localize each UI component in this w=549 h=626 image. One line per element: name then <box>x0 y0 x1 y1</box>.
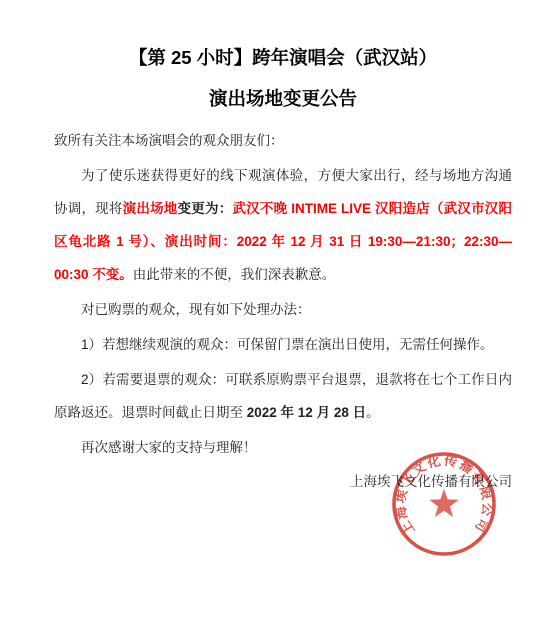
document-title: 【第 25 小时】跨年演唱会（武汉站） 演出场地变更公告 <box>54 37 512 119</box>
change-to-label: 变更为： <box>178 201 233 216</box>
venue-change-paragraph: 为了使乐迷获得更好的线下观演体验，方便大家出行，经与场地方沟通协调，现将演出场地… <box>54 159 512 291</box>
option-refund-paragraph: 2）若需要退票的观众：可联系原购票平台退票，退款将在七个工作日内原路返还。退票时… <box>54 363 512 429</box>
document-body: 致所有关注本场演唱会的观众朋友们： 为了使乐迷获得更好的线下观演体验，方便大家出… <box>54 124 512 464</box>
apology-text: 由此带来的不便，我们深表歉意。 <box>133 267 336 282</box>
notice-document: 【第 25 小时】跨年演唱会（武汉站） 演出场地变更公告 致所有关注本场演唱会的… <box>0 0 549 626</box>
title-line-1: 【第 25 小时】跨年演唱会（武汉站） <box>54 37 512 78</box>
title-line-2: 演出场地变更公告 <box>54 78 512 119</box>
handling-intro-paragraph: 对已购票的观众，现有如下处理办法： <box>54 293 512 326</box>
refund-deadline-date: 2022 年 12 月 28 日 <box>247 405 366 420</box>
venue-label-highlight: 演出场地 <box>123 201 178 216</box>
option-keep-paragraph: 1）若想继续观演的观众：可保留门票在演出日使用，无需任何操作。 <box>54 328 512 361</box>
salutation-paragraph: 致所有关注本场演唱会的观众朋友们： <box>54 124 512 157</box>
refund-tail: 。 <box>366 405 380 420</box>
company-seal-stamp: 上海埃飞文化传播有限公司 <box>386 446 502 562</box>
star-icon <box>429 489 458 517</box>
